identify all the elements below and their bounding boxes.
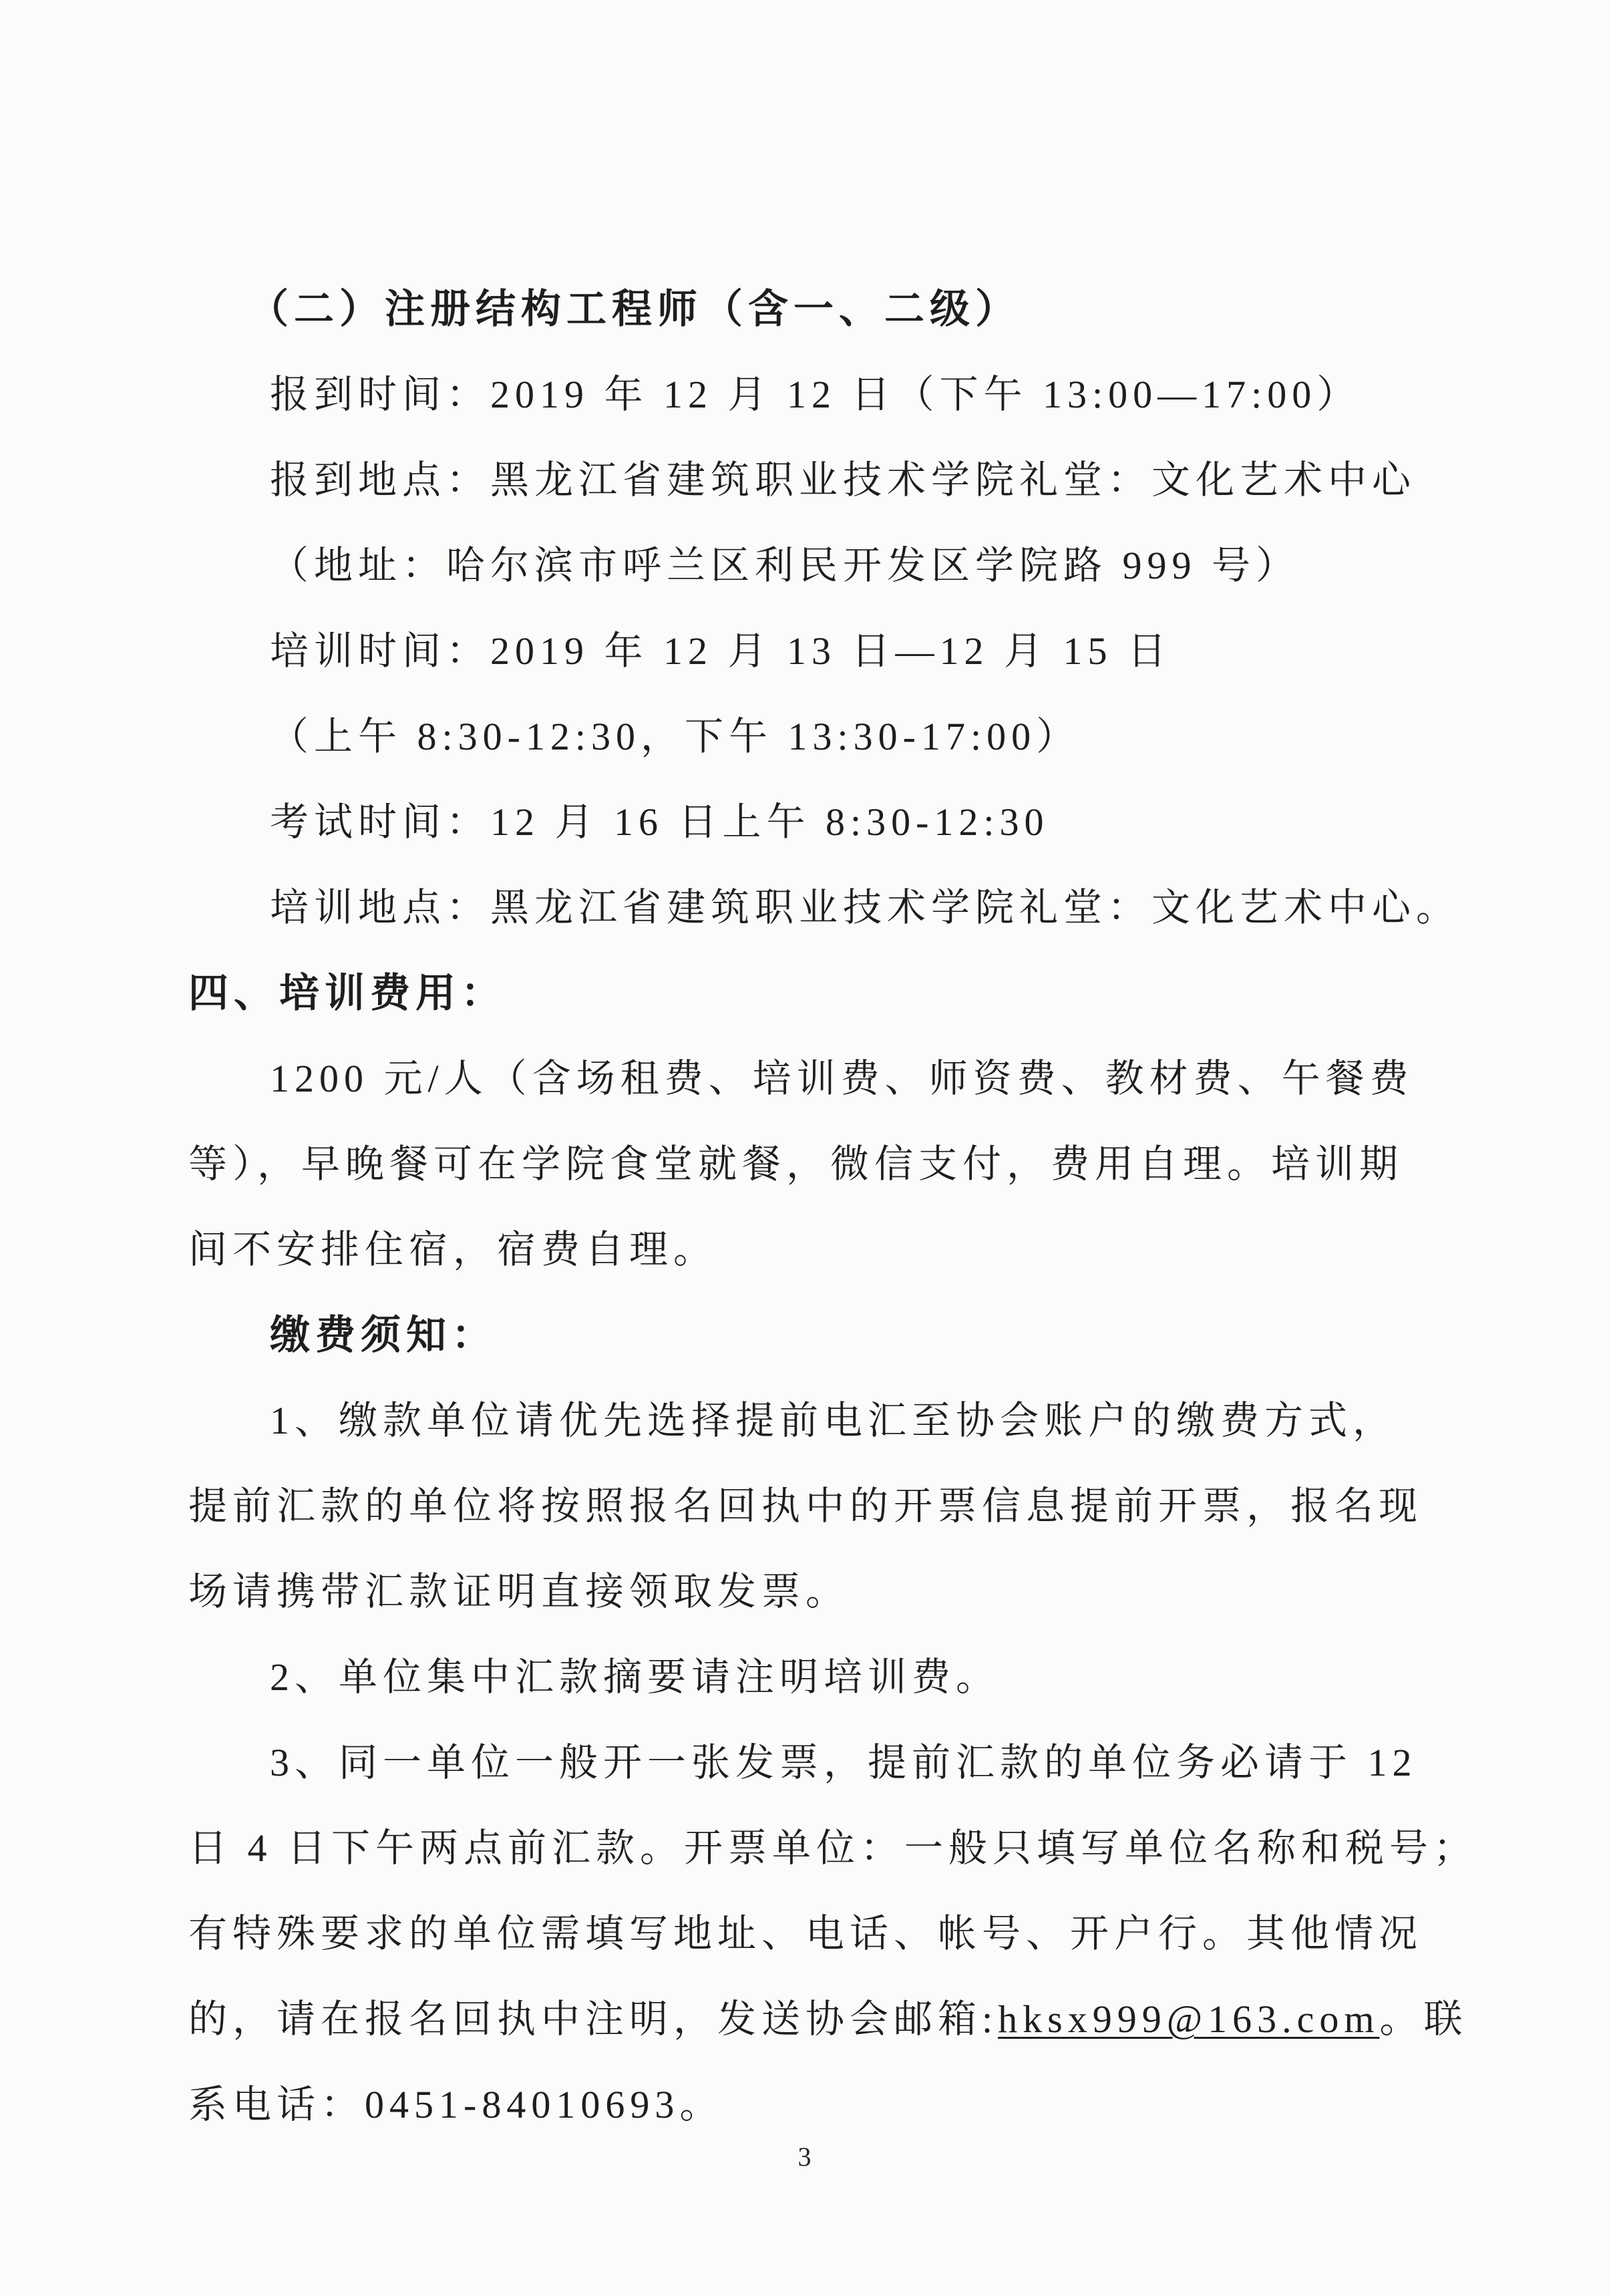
training-time-line: 培训时间：2019 年 12 月 13 日—12 月 15 日 <box>188 609 1609 694</box>
notice-item3-line-4-suffix: 。联 <box>1379 1997 1467 2041</box>
notice-item1-line-1: 1、缴款单位请优先选择提前电汇至协会账户的缴费方式， <box>188 1378 1609 1464</box>
payment-notice-heading: 缴费须知： <box>188 1293 1609 1378</box>
notice-item3-line-5: 系电话：0451-84010693。 <box>188 2062 1609 2148</box>
subsection-heading: （二）注册结构工程师（含一、二级） <box>188 267 1609 352</box>
notice-item1-line-2: 提前汇款的单位将按照报名回执中的开票信息提前开票，报名现 <box>188 1464 1609 1549</box>
fee-line-2: 等），早晚餐可在学院食堂就餐，微信支付，费用自理。培训期 <box>188 1122 1609 1207</box>
fee-line-3: 间不安排住宿，宿费自理。 <box>188 1207 1609 1293</box>
notice-item3-line-4: 的，请在报名回执中注明，发送协会邮箱:hksx999@163.com。联 <box>188 1977 1609 2062</box>
notice-item2-line: 2、单位集中汇款摘要请注明培训费。 <box>188 1635 1609 1720</box>
registration-place-line: 报到地点：黑龙江省建筑职业技术学院礼堂：文化艺术中心 <box>188 438 1609 523</box>
notice-item3-line-3: 有特殊要求的单位需填写地址、电话、帐号、开户行。其他情况 <box>188 1891 1609 1977</box>
document-content: （二）注册结构工程师（含一、二级） 报到时间：2019 年 12 月 12 日（… <box>0 0 1609 2148</box>
training-place-line: 培训地点：黑龙江省建筑职业技术学院礼堂：文化艺术中心。 <box>188 865 1609 951</box>
notice-item1-line-3: 场请携带汇款证明直接领取发票。 <box>188 1549 1609 1635</box>
address-line: （地址：哈尔滨市呼兰区利民开发区学院路 999 号） <box>188 523 1609 609</box>
registration-time-line: 报到时间：2019 年 12 月 12 日（下午 13:00—17:00） <box>188 352 1609 438</box>
fee-line-1: 1200 元/人（含场租费、培训费、师资费、教材费、午餐费 <box>188 1036 1609 1122</box>
document-page: （二）注册结构工程师（含一、二级） 报到时间：2019 年 12 月 12 日（… <box>0 0 1609 2296</box>
exam-time-line: 考试时间：12 月 16 日上午 8:30-12:30 <box>188 780 1609 865</box>
notice-item3-line-1: 3、同一单位一般开一张发票，提前汇款的单位务必请于 12 <box>188 1720 1609 1806</box>
notice-item3-line-2: 日 4 日下午两点前汇款。开票单位：一般只填写单位名称和税号； <box>188 1806 1609 1891</box>
training-hours-line: （上午 8:30-12:30，下午 13:30-17:00） <box>188 694 1609 780</box>
email-text: hksx999@163.com <box>998 1997 1379 2041</box>
notice-item3-line-4-prefix: 的，请在报名回执中注明，发送协会邮箱: <box>188 1997 998 2041</box>
page-number: 3 <box>0 2141 1609 2172</box>
fee-section-heading: 四、培训费用： <box>188 951 1609 1036</box>
